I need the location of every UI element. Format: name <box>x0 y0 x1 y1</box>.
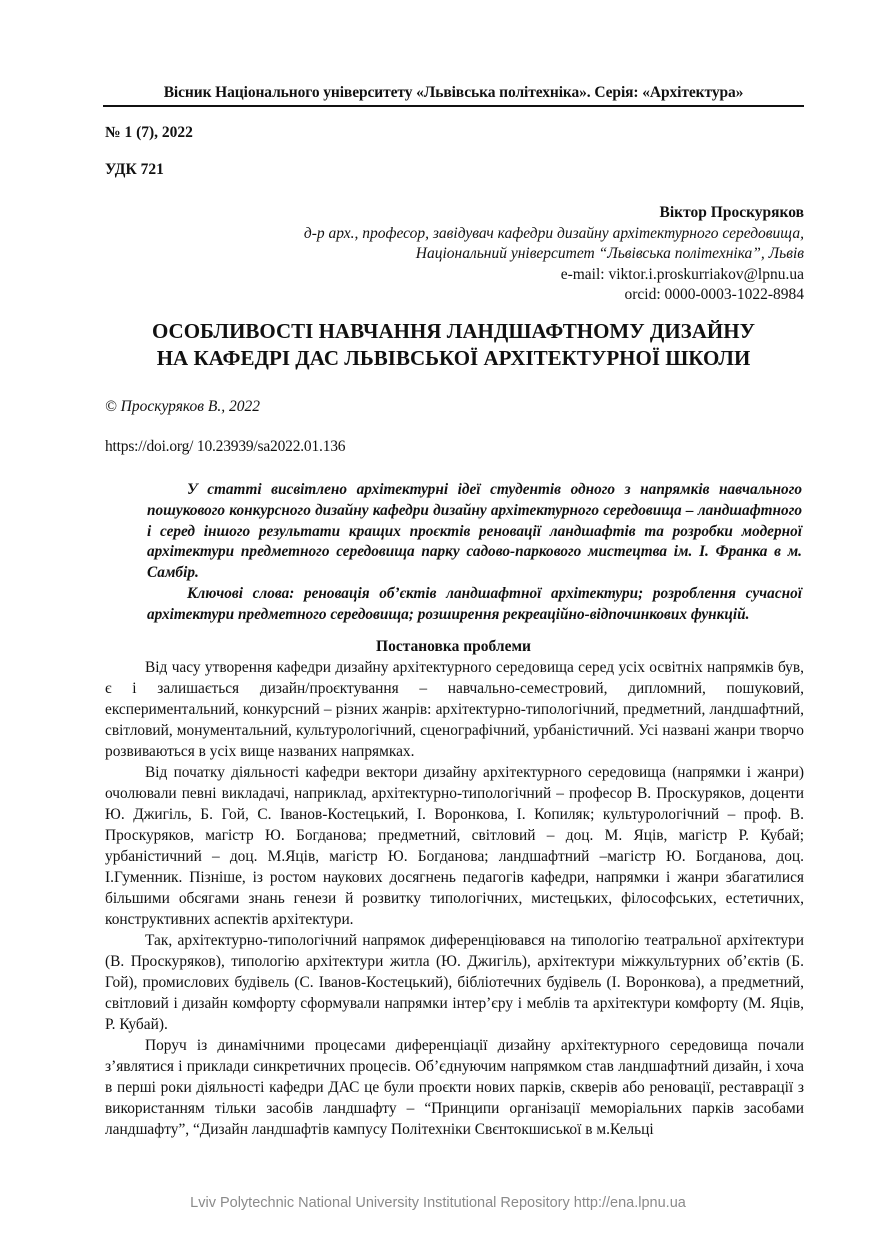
author-email: e-mail: viktor.i.proskurriakov@lpnu.ua <box>204 265 804 286</box>
author-affiliation-line2: Національний університет “Львівська полі… <box>204 244 804 265</box>
journal-running-head: Вісник Національного університету «Львів… <box>103 84 804 102</box>
author-orcid: orcid: 0000-0003-1022-8984 <box>204 285 804 306</box>
journal-page: Вісник Національного університету «Львів… <box>0 0 876 1240</box>
udc-code: УДК 721 <box>105 161 164 179</box>
issue-number: № 1 (7), 2022 <box>105 124 193 142</box>
author-block: Віктор Проскуряков д-р арх., професор, з… <box>204 203 804 306</box>
repository-footer: Lviv Polytechnic National University Ins… <box>0 1195 876 1211</box>
article-title-line1: ОСОБЛИВОСТІ НАВЧАННЯ ЛАНДШАФТНОМУ ДИЗАЙН… <box>103 318 804 345</box>
author-name: Віктор Проскуряков <box>204 203 804 224</box>
body-text: Від часу утворення кафедри дизайну архіт… <box>105 657 804 1140</box>
copyright-notice: © Проскуряков В., 2022 <box>105 398 260 416</box>
paragraph: Так, архітектурно-типологічний напрямок … <box>105 930 804 1035</box>
article-title: ОСОБЛИВОСТІ НАВЧАННЯ ЛАНДШАФТНОМУ ДИЗАЙН… <box>103 318 804 372</box>
paragraph: Поруч із динамічними процесами диференці… <box>105 1035 804 1140</box>
paragraph: Від часу утворення кафедри дизайну архіт… <box>105 657 804 762</box>
paragraph: Від початку діяльності кафедри вектори д… <box>105 762 804 930</box>
doi-link[interactable]: https://doi.org/ 10.23939/sa2022.01.136 <box>105 438 345 456</box>
keywords: Ключові слова: реновація об’єктів ландша… <box>147 584 802 626</box>
section-heading: Постановка проблеми <box>103 638 804 656</box>
header-rule <box>103 105 804 107</box>
article-title-line2: НА КАФЕДРІ ДАС ЛЬВІВСЬКОЇ АРХІТЕКТУРНОЇ … <box>103 345 804 372</box>
abstract-text: У статті висвітлено архітектурні ідеї ст… <box>147 480 802 584</box>
author-affiliation-line1: д-р арх., професор, завідувач кафедри ди… <box>204 224 804 245</box>
abstract: У статті висвітлено архітектурні ідеї ст… <box>147 480 802 626</box>
